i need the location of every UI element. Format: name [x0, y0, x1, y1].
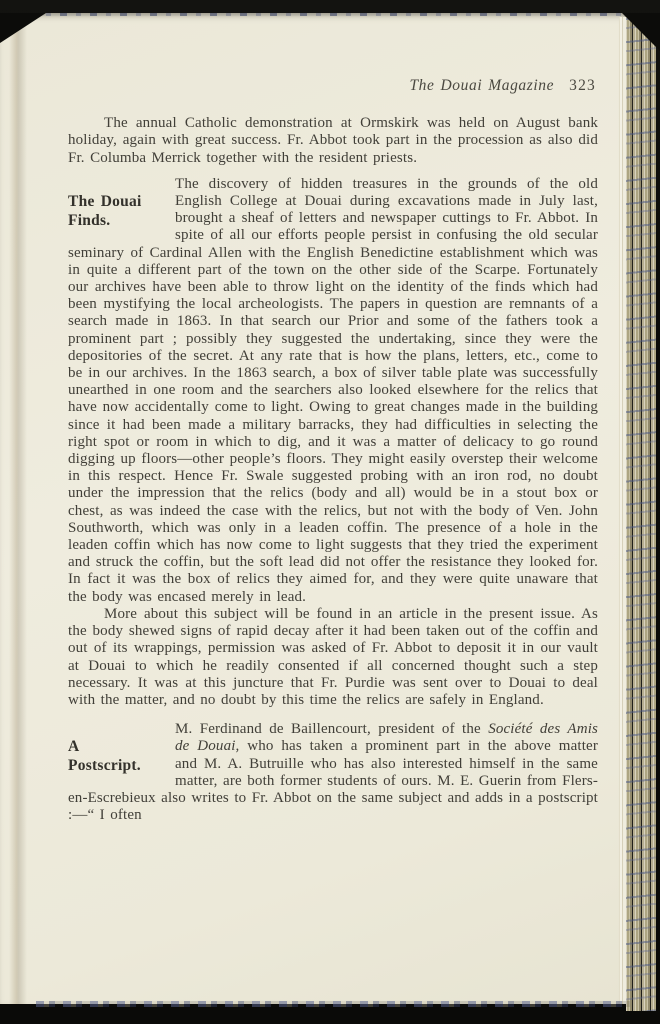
magazine-title: The Douai Magazine — [409, 77, 554, 94]
section-label-line: A — [68, 737, 175, 756]
section-postscript: A Postscript. M. Ferdinand de Baillencou… — [68, 721, 598, 824]
page-surface: The Douai Magazine323 The annual Catholi… — [0, 13, 626, 1004]
section-label-line: Finds. — [68, 211, 175, 230]
page-number: 323 — [569, 77, 596, 94]
follow-up-paragraph: More about this subject will be found in… — [68, 606, 598, 709]
section-douai-finds: The Douai Finds. The discovery of hidden… — [68, 176, 598, 709]
running-head: The Douai Magazine323 — [68, 77, 596, 94]
section-label-line: Postscript. — [68, 756, 175, 775]
douai-finds-paragraph: The Douai Finds. The discovery of hidden… — [68, 176, 598, 606]
postscript-text-plain: M. Ferdinand de Baillencourt, president … — [175, 721, 488, 737]
section-label-line: The Douai — [68, 192, 175, 211]
book-bottom-edge — [36, 1001, 630, 1007]
book-scan: The Douai Magazine323 The annual Catholi… — [0, 0, 660, 1024]
binding-crease — [9, 13, 27, 1004]
intro-paragraph: The annual Catholic demonstration at Orm… — [68, 115, 598, 167]
page-content: The Douai Magazine323 The annual Catholi… — [68, 77, 598, 824]
section-label-douai-finds: The Douai Finds. — [68, 176, 175, 242]
section-label-postscript: A Postscript. — [68, 721, 175, 787]
book-fore-edge — [626, 13, 656, 1011]
postscript-paragraph: A Postscript. M. Ferdinand de Baillencou… — [68, 721, 598, 824]
